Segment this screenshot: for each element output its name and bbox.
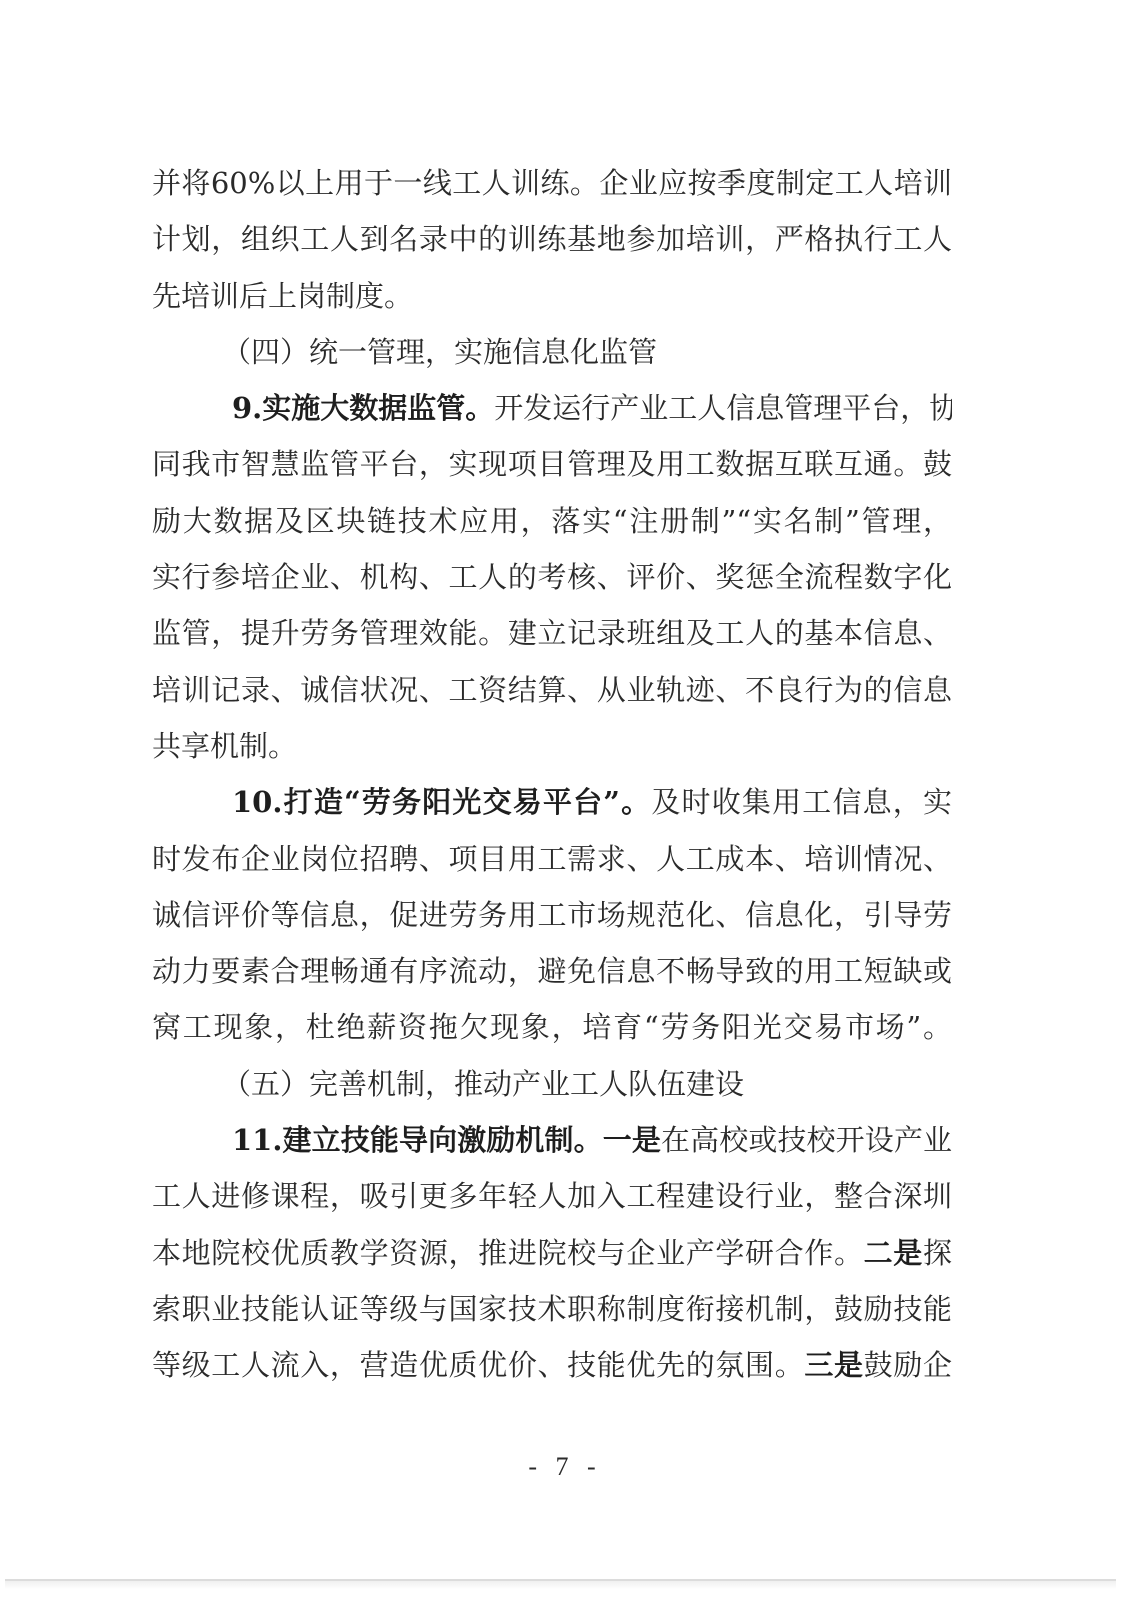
body-text-segment: 先培训后上岗制度。 [152,279,413,313]
paragraph-start-line: 10.打造“劳务阳光交易平台”。及时收集用工信息，实 [152,774,952,830]
text-line: 诚信评价等信息，促进劳务用工市场规范化、信息化，引导劳 [152,887,952,943]
body-text-segment: 窝工现象，杜绝薪资拖欠现象，培育“劳务阳光交易市场”。 [152,1010,952,1044]
section-heading: （五）完善机制，推动产业工人队伍建设 [152,1056,952,1112]
text-line: 并将60%以上用于一线工人训练。企业应按季度制定工人培训 [152,155,952,211]
body-text-segment: 等级工人流入，营造优质优价、技能优先的氛围。 [152,1348,804,1382]
document-body: 并将60%以上用于一线工人训练。企业应按季度制定工人培训计划，组织工人到名录中的… [152,155,952,1394]
document-page: 并将60%以上用于一线工人训练。企业应按季度制定工人培训计划，组织工人到名录中的… [0,0,1130,1600]
paragraph-start-line: 9.实施大数据监管。开发运行产业工人信息管理平台，协 [152,380,952,436]
text-line: 计划，组织工人到名录中的训练基地参加培训，严格执行工人 [152,211,952,267]
bold-heading-text: 9.实施大数据监管。 [232,391,494,425]
body-text-segment: 工人进修课程，吸引更多年轻人加入工程建设行业，整合深圳 [152,1179,952,1213]
body-text-segment: 共享机制。 [152,729,297,763]
body-text-segment: 诚信评价等信息，促进劳务用工市场规范化、信息化，引导劳 [152,898,952,932]
body-text-segment: 励大数据及区块链技术应用，落实“注册制”“实名制”管理， [152,504,952,538]
text-line: 监管，提升劳务管理效能。建立记录班组及工人的基本信息、 [152,605,952,661]
body-text-segment: 时发布企业岗位招聘、项目用工需求、人工成本、培训情况、 [152,842,952,876]
body-text-segment: 实行参培企业、机构、工人的考核、评价、奖惩全流程数字化 [152,560,952,594]
body-text-segment: 鼓励企 [864,1348,952,1382]
page-bottom-shadow [5,1581,1116,1589]
body-text-segment: 动力要素合理畅通有序流动，避免信息不畅导致的用工短缺或 [152,954,952,988]
text-line: 培训记录、诚信状况、工资结算、从业轨迹、不良行为的信息 [152,662,952,718]
body-text-segment: （四）统一管理，实施信息化监管 [222,335,657,369]
body-text-segment: 计划，组织工人到名录中的训练基地参加培训，严格执行工人 [152,222,952,256]
text-line: 同我市智慧监管平台，实现项目管理及用工数据互联互通。鼓 [152,436,952,492]
bold-heading-text: 11.建立技能导向激励机制。一是 [232,1123,661,1157]
text-line: 索职业技能认证等级与国家技术职称制度衔接机制，鼓励技能 [152,1281,952,1337]
text-line: 先培训后上岗制度。 [152,268,952,324]
text-line: 实行参培企业、机构、工人的考核、评价、奖惩全流程数字化 [152,549,952,605]
section-heading: （四）统一管理，实施信息化监管 [152,324,952,380]
text-line: 窝工现象，杜绝薪资拖欠现象，培育“劳务阳光交易市场”。 [152,999,952,1055]
text-line: 共享机制。 [152,718,952,774]
body-text-segment: 同我市智慧监管平台，实现项目管理及用工数据互联互通。鼓 [152,447,952,481]
body-text-segment: 及时收集用工信息，实 [651,785,952,819]
body-text-segment: 探 [923,1236,952,1270]
text-line: 动力要素合理畅通有序流动，避免信息不畅导致的用工短缺或 [152,943,952,999]
text-line: 时发布企业岗位招聘、项目用工需求、人工成本、培训情况、 [152,831,952,887]
body-text-segment: 在高校或技校开设产业 [661,1123,952,1157]
text-line: 工人进修课程，吸引更多年轻人加入工程建设行业，整合深圳 [152,1168,952,1224]
body-text-segment: 开发运行产业工人信息管理平台，协 [494,391,952,425]
text-line: 励大数据及区块链技术应用，落实“注册制”“实名制”管理， [152,493,952,549]
body-text-segment: （五）完善机制，推动产业工人队伍建设 [222,1067,744,1101]
text-line: 等级工人流入，营造优质优价、技能优先的氛围。三是鼓励企 [152,1337,952,1393]
body-text-segment: 索职业技能认证等级与国家技术职称制度衔接机制，鼓励技能 [152,1292,952,1326]
page-number: - 7 - [0,1452,1130,1482]
body-text-segment: 培训记录、诚信状况、工资结算、从业轨迹、不良行为的信息 [152,673,952,707]
bold-heading-text: 三是 [804,1348,863,1382]
body-text-segment: 并将60%以上用于一线工人训练。企业应按季度制定工人培训 [152,166,952,200]
paragraph-start-line: 11.建立技能导向激励机制。一是在高校或技校开设产业 [152,1112,952,1168]
body-text-segment: 本地院校优质教学资源，推进院校与企业产学研合作。 [152,1236,864,1270]
bold-heading-text: 二是 [864,1236,923,1270]
bold-heading-text: 10.打造“劳务阳光交易平台”。 [232,785,651,819]
body-text-segment: 监管，提升劳务管理效能。建立记录班组及工人的基本信息、 [152,616,952,650]
text-line: 本地院校优质教学资源，推进院校与企业产学研合作。二是探 [152,1225,952,1281]
